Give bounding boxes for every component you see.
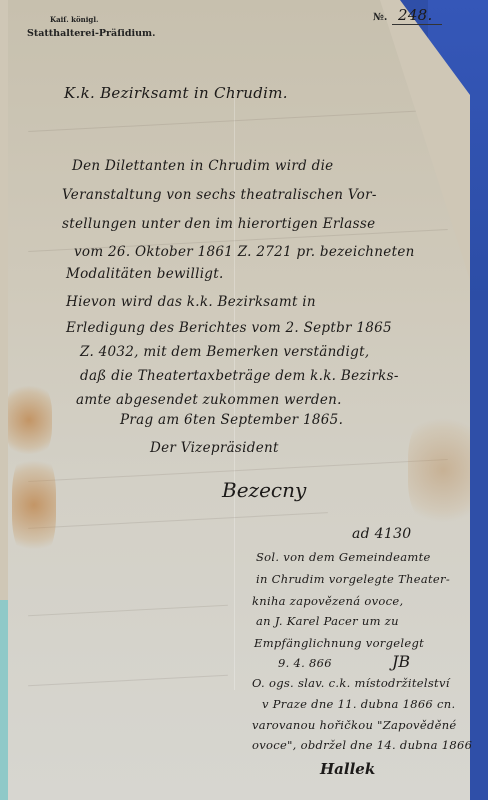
note-2-line: ovoce", obdržel dne 14. dubna 1866 [252, 738, 472, 752]
addressee: K.k. Bezirksamt in Chrudim. [64, 84, 288, 102]
note-2-line: v Praze dne 11. dubna 1866 cn. [262, 697, 455, 711]
note-1-line: Sol. von dem Gemeindeamte [256, 550, 431, 564]
body-line: daß die Theatertaxbeträge dem k.k. Bezir… [80, 368, 399, 384]
note-2-line: O. ogs. slav. c.k. místodržitelství [252, 676, 450, 690]
fold-crease [234, 90, 235, 690]
place-date: Prag am 6ten September 1865. [120, 412, 343, 428]
bleed-through-line [28, 109, 447, 132]
body-line: amte abgesendet zukommen werden. [76, 392, 342, 408]
water-stain [6, 380, 52, 460]
letterhead-line-1: Kaiſ. königl. [50, 15, 98, 24]
note-1-line: kniha zapovězená ovoce, [252, 594, 403, 608]
note-1-line: an J. Karel Pacer um zu [256, 614, 399, 628]
number-label: №. [373, 12, 387, 23]
body-line: Modalitäten bewilligt. [66, 266, 224, 282]
note-1-initials: JB [392, 652, 410, 671]
letterhead-line-2: Statthalterei-Präſidium. [27, 28, 155, 39]
document-number: 248. [398, 6, 433, 24]
body-line: stellungen unter den im hierortigen Erla… [62, 216, 375, 232]
note-1-date: 9. 4. 866 [278, 656, 332, 670]
reference-number: ad 4130 [352, 526, 412, 542]
water-stain [12, 450, 56, 560]
bleed-through-line [28, 605, 228, 616]
note-2-line: varovanou hořičkou "Zapověděné [252, 718, 457, 732]
body-line: Erledigung des Berichtes vom 2. Septbr 1… [66, 320, 392, 336]
body-line: Z. 4032, mit dem Bemerken verständigt, [80, 344, 369, 360]
bleed-through-line [28, 512, 328, 529]
body-line: Den Dilettanten in Chrudim wird die [72, 158, 333, 174]
bleed-through-line [28, 675, 228, 686]
body-line: Hievon wird das k.k. Bezirksamt in [66, 294, 316, 310]
note-1-line: in Chrudim vorgelegte Theater- [256, 572, 450, 586]
closing-title: Der Vizepräsident [150, 440, 279, 456]
number-underline [392, 24, 442, 25]
signature-vicepresident: Bezecny [222, 478, 306, 502]
water-stain [408, 410, 478, 530]
note-1-line: Empfänglichnung vorgelegt [254, 636, 424, 650]
body-line: Veranstaltung von sechs theatralischen V… [62, 187, 377, 203]
signature-receiver: Hallek [320, 760, 375, 778]
body-line: vom 26. Oktober 1861 Z. 2721 pr. bezeich… [74, 244, 415, 260]
